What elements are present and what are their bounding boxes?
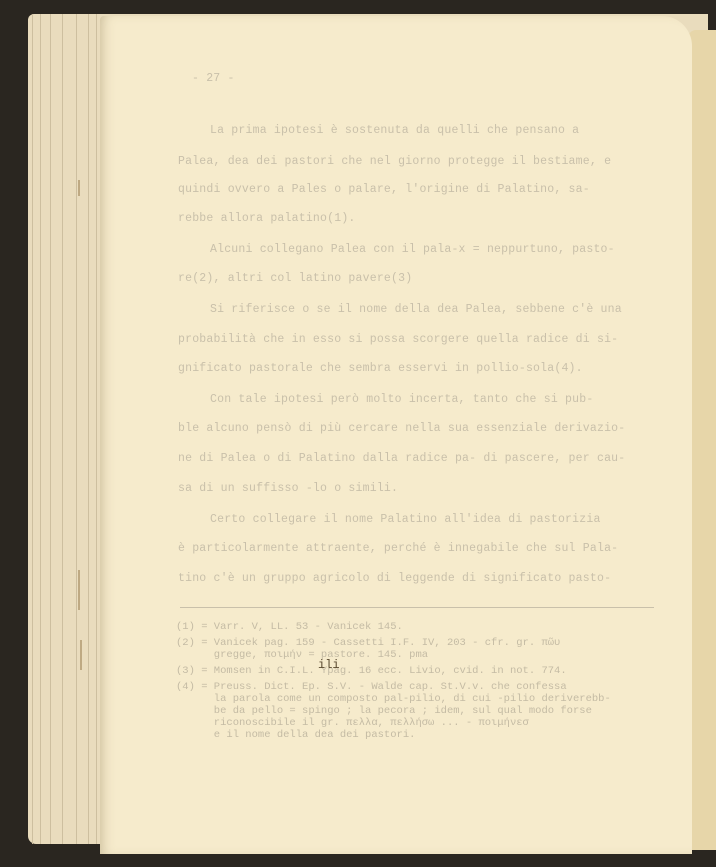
page-edge <box>32 14 33 844</box>
footnote: riconoscibile il gr. πελλα, πελλήσω ... … <box>176 718 529 729</box>
text-line: quindi ovvero a Pales o palare, l'origin… <box>178 183 590 196</box>
stain <box>80 640 82 670</box>
text-line: Alcuni collegano Palea con il pala-x = n… <box>210 243 615 256</box>
text-line: probabilità che in esso si possa scorger… <box>178 333 618 346</box>
handwritten-mark: ili <box>318 660 340 671</box>
text-line: è particolarmente attraente, perché è in… <box>178 542 618 555</box>
facing-page-edge <box>688 30 716 850</box>
page-edge <box>50 14 51 844</box>
footnote: e il nome della dea dei pastori. <box>176 730 415 741</box>
text-line: gnificato pastorale che sembra esservi i… <box>178 362 583 375</box>
text-line: sa di un suffisso -lo o simili. <box>178 482 398 495</box>
page-edge <box>88 14 89 844</box>
text-line: Palea, dea dei pastori che nel giorno pr… <box>178 155 611 168</box>
text-line: Si riferisce o se il nome della dea Pale… <box>210 303 622 316</box>
text-line: rebbe allora palatino(1). <box>178 212 356 225</box>
footnote: (3) = Momsen in C.I.L. Ypag. 16 ecc. Liv… <box>176 666 567 677</box>
body-text: La prima ipotesi è sostenuta da quelli c… <box>0 0 14 221</box>
text-line: Certo collegare il nome Palatino all'ide… <box>210 513 601 526</box>
text-line: Con tale ipotesi però molto incerta, tan… <box>210 393 593 406</box>
footnote: (4) = Preuss. Dict. Ep. S.V. - Walde cap… <box>176 682 567 693</box>
page-edge <box>62 14 63 844</box>
page-edge <box>96 14 97 844</box>
text-line: re(2), altri col latino pavere(3) <box>178 272 412 285</box>
footnote: gregge, ποιμήν = pastore. 145. pma <box>176 650 428 661</box>
page-edge <box>76 14 77 844</box>
footnote: (1) = Varr. V, LL. 53 - Vanicek 145. <box>176 622 403 633</box>
footnote: la parola come un composto pal-pilio, di… <box>176 694 611 705</box>
page-edge <box>40 14 41 844</box>
text-line: ble alcuno pensò di più cercare nella su… <box>178 422 625 435</box>
text-line: ne di Palea o di Palatino dalla radice p… <box>178 452 625 465</box>
stain <box>78 180 80 196</box>
text-line: La prima ipotesi è sostenuta da quelli c… <box>210 124 579 137</box>
footnote: be da pello = spingo ; la pecora ; idem,… <box>176 706 592 717</box>
stain <box>78 570 80 610</box>
footnote: (2) = Vanicek pag. 159 - Cassetti I.F. I… <box>176 638 560 649</box>
footnote-divider <box>180 607 654 608</box>
text-line: tino c'è un gruppo agricolo di leggende … <box>178 572 611 585</box>
page-number: - 27 - <box>192 72 235 85</box>
